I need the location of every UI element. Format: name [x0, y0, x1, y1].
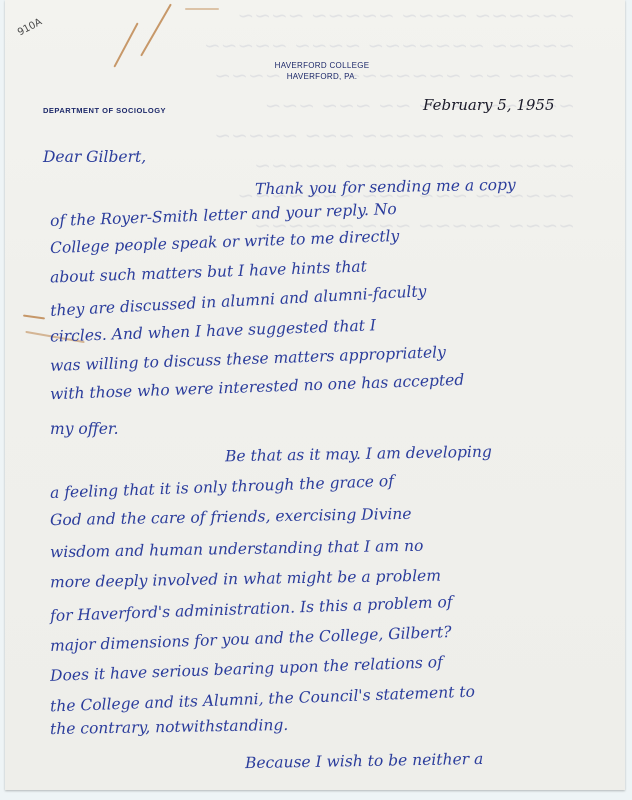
letter-line: for Haverford's administration. Is this … [50, 593, 453, 625]
letterhead-institution: Haverford College [267, 60, 377, 71]
letter-line: the College and its Alumni, the Council'… [50, 683, 475, 716]
letter-line: about such matters but I have hints that [50, 257, 367, 286]
letter-line: wisdom and human understanding that I am… [50, 537, 424, 562]
letter-line: Does it have serious bearing upon the re… [50, 653, 443, 685]
archive-mark: 910A [16, 17, 44, 39]
stain-mark [23, 314, 45, 319]
letter-line: College people speak or write to me dire… [50, 227, 400, 257]
letterhead: Haverford College Haverford, Pa. [267, 60, 377, 82]
letter-line: my offer. [50, 420, 119, 438]
letter-line: God and the care of friends, exercising … [50, 505, 412, 529]
letter-line: the contrary, notwithstanding. [50, 716, 289, 738]
letter-line: circles. And when I have suggested that … [50, 316, 376, 345]
department-name: Department of Sociology [43, 106, 166, 115]
salutation: Dear Gilbert, [43, 148, 146, 166]
letter-line: Thank you for sending me a copy [255, 176, 516, 199]
letter-date: February 5, 1955 [423, 96, 555, 114]
letter-line: of the Royer-Smith letter and your reply… [50, 200, 397, 230]
letter-line: a feeling that it is only through the gr… [50, 472, 394, 502]
letter-line: they are discussed in alumni and alumni-… [50, 282, 427, 320]
letter-line: Because I wish to be neither a [245, 750, 484, 772]
stain-mark [113, 22, 138, 67]
letter-line: was willing to discuss these matters app… [50, 343, 446, 375]
letter-line: more deeply involved in what might be a … [50, 567, 441, 592]
letterhead-location: Haverford, Pa. [267, 71, 377, 82]
letter-page: ~~~~~~ ~~~~ ~~~~~ ~~~~~~~~~ ~~~~~~~ ~~~~… [5, 0, 625, 790]
stain-mark [140, 4, 172, 57]
letter-line: with those who were interested no one ha… [50, 371, 465, 403]
stain-mark [185, 8, 219, 10]
letter-line: Be that as it may. I am developing [225, 443, 492, 466]
letter-line: major dimensions for you and the College… [50, 623, 452, 655]
